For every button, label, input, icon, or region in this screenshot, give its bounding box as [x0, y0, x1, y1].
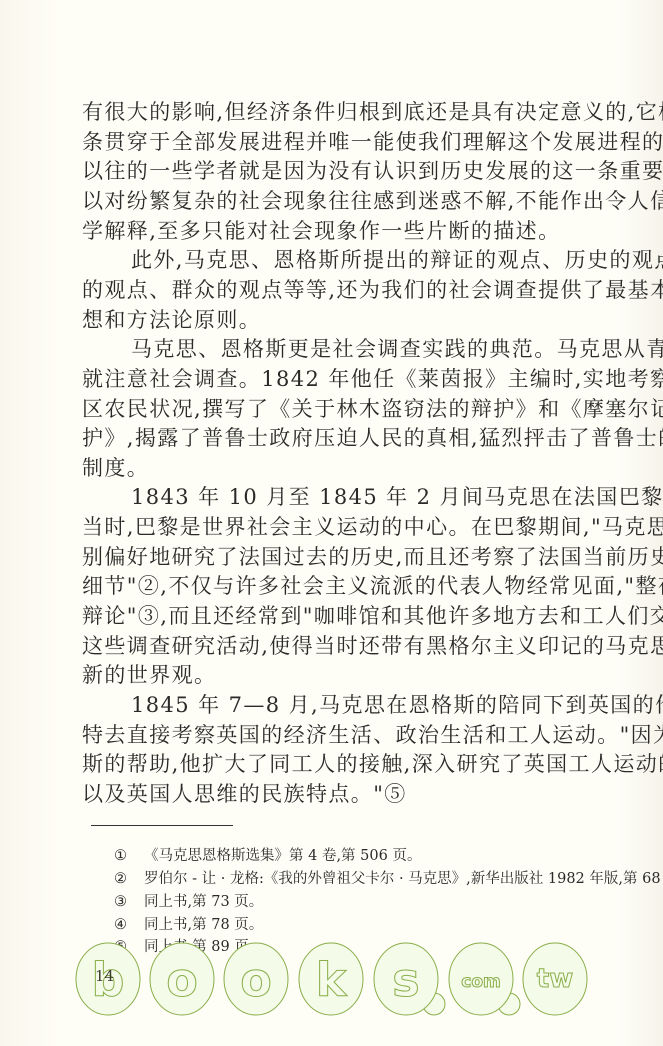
watermark-circle-k: k — [299, 943, 363, 1015]
watermark-circle-s: s — [374, 943, 445, 1015]
watermark-circle-o: o — [224, 943, 288, 1015]
books-com-tw-watermark: bookscomtw — [0, 0, 663, 1046]
watermark-letter: k — [316, 953, 348, 1007]
watermark-circle-tw: tw — [523, 943, 587, 1015]
watermark-letter: com — [461, 972, 500, 992]
watermark-letter: s — [392, 953, 419, 1007]
watermark-circle-o: o — [150, 943, 214, 1015]
page-number: 14 — [95, 967, 114, 985]
watermark-letter: o — [166, 953, 198, 1007]
watermark-letter: o — [240, 953, 272, 1007]
watermark-letter: tw — [537, 964, 573, 994]
watermark-circle-com: com — [449, 943, 520, 1015]
